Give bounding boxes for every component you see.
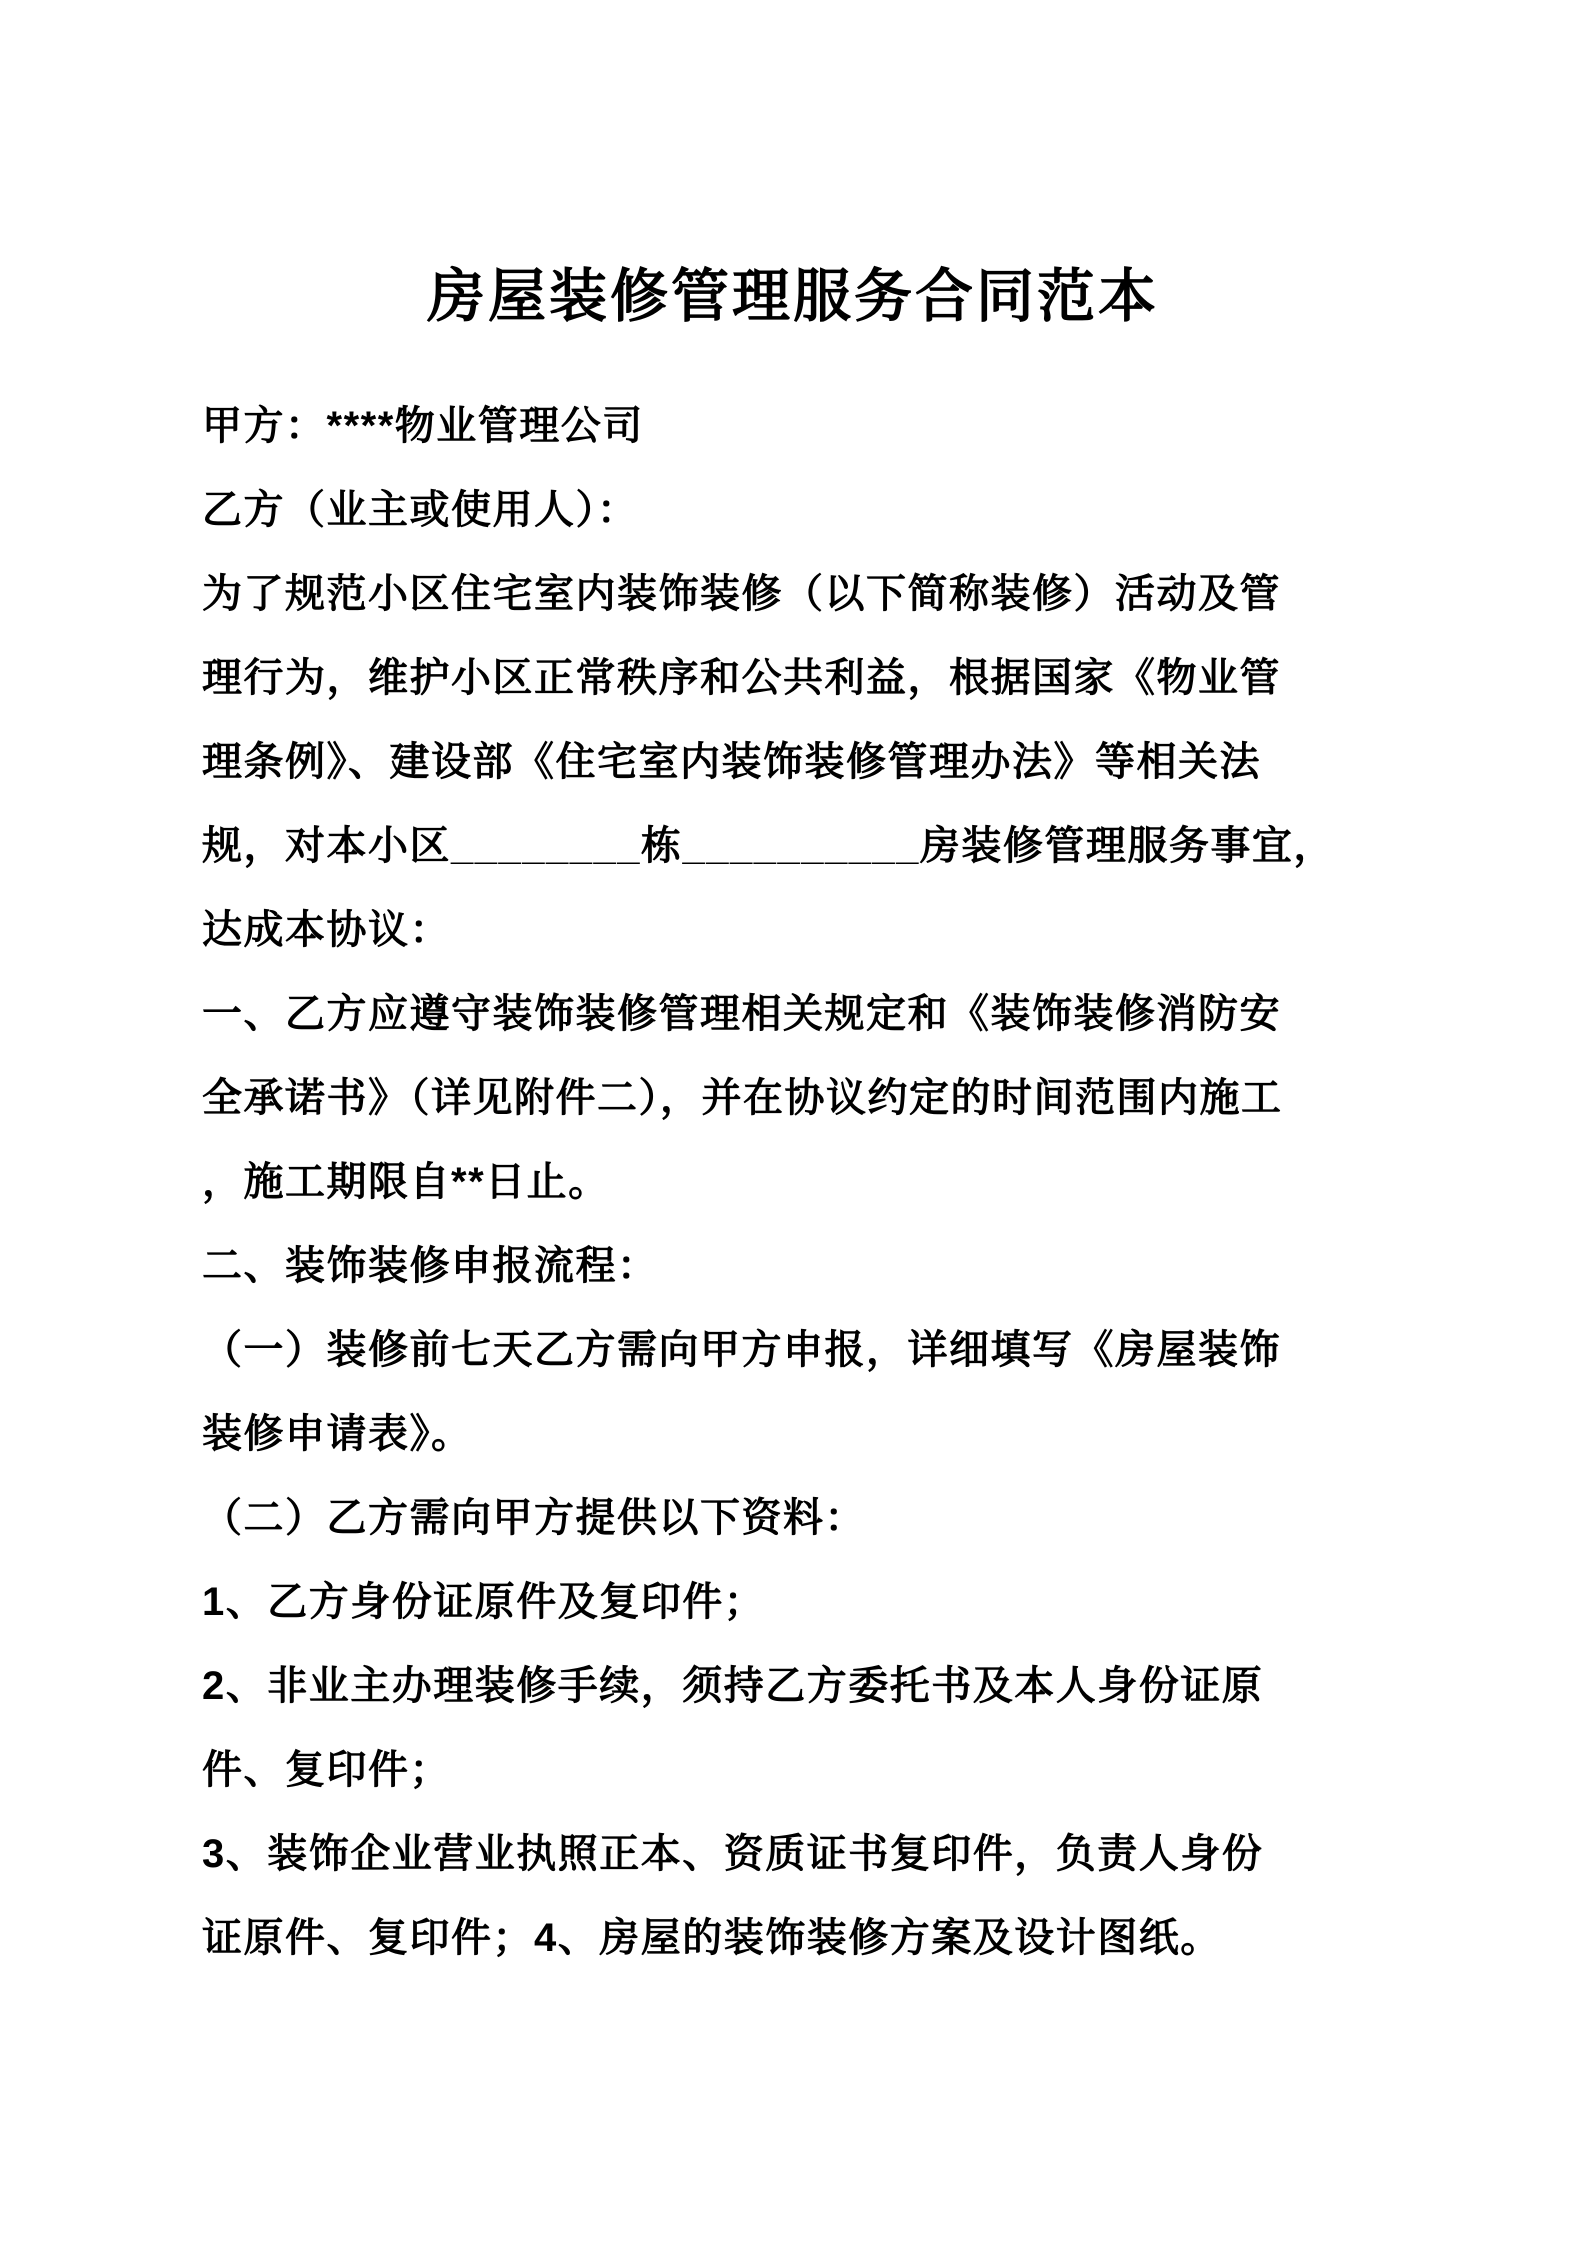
text-line: 1、乙方身份证原件及复印件； [202, 1560, 1436, 1644]
text-line: 证原件、复印件；4、房屋的装饰装修方案及设计图纸。 [202, 1896, 1436, 1980]
text-line: （二）乙方需向甲方提供以下资料： [202, 1476, 1436, 1560]
text-line: 二、装饰装修申报流程： [202, 1224, 1436, 1308]
text-line: 3、装饰企业营业执照正本、资质证书复印件，负责人身份 [202, 1812, 1436, 1896]
text-line: 理行为，维护小区正常秩序和公共利益，根据国家《物业管 [202, 636, 1436, 720]
text-line: 2、非业主办理装修手续，须持乙方委托书及本人身份证原 [202, 1644, 1436, 1728]
document-body: 甲方：****物业管理公司乙方（业主或使用人）：为了规范小区住宅室内装饰装修（以… [202, 384, 1436, 1980]
text-line: ，施工期限自**日止。 [202, 1140, 1436, 1224]
text-line: 件、复印件； [202, 1728, 1436, 1812]
text-line: 全承诺书》（详见附件二），并在协议约定的时间范围内施工 [202, 1056, 1436, 1140]
document-title: 房屋装修管理服务合同范本 [0, 262, 1586, 332]
text-line: （一）装修前七天乙方需向甲方申报，详细填写《房屋装饰 [202, 1308, 1436, 1392]
text-line: 为了规范小区住宅室内装饰装修（以下简称装修）活动及管 [202, 552, 1436, 636]
text-line: 装修申请表》。 [202, 1392, 1436, 1476]
text-line: 一、乙方应遵守装饰装修管理相关规定和《装饰装修消防安 [202, 972, 1436, 1056]
text-line: 规，对本小区________栋__________房装修管理服务事宜， [202, 804, 1436, 888]
text-line: 理条例》、建设部《住宅室内装饰装修管理办法》等相关法 [202, 720, 1436, 804]
text-line: 达成本协议： [202, 888, 1436, 972]
document-page: 房屋装修管理服务合同范本 甲方：****物业管理公司乙方（业主或使用人）：为了规… [0, 0, 1586, 2244]
text-line: 甲方：****物业管理公司 [202, 384, 1436, 468]
text-line: 乙方（业主或使用人）： [202, 468, 1436, 552]
